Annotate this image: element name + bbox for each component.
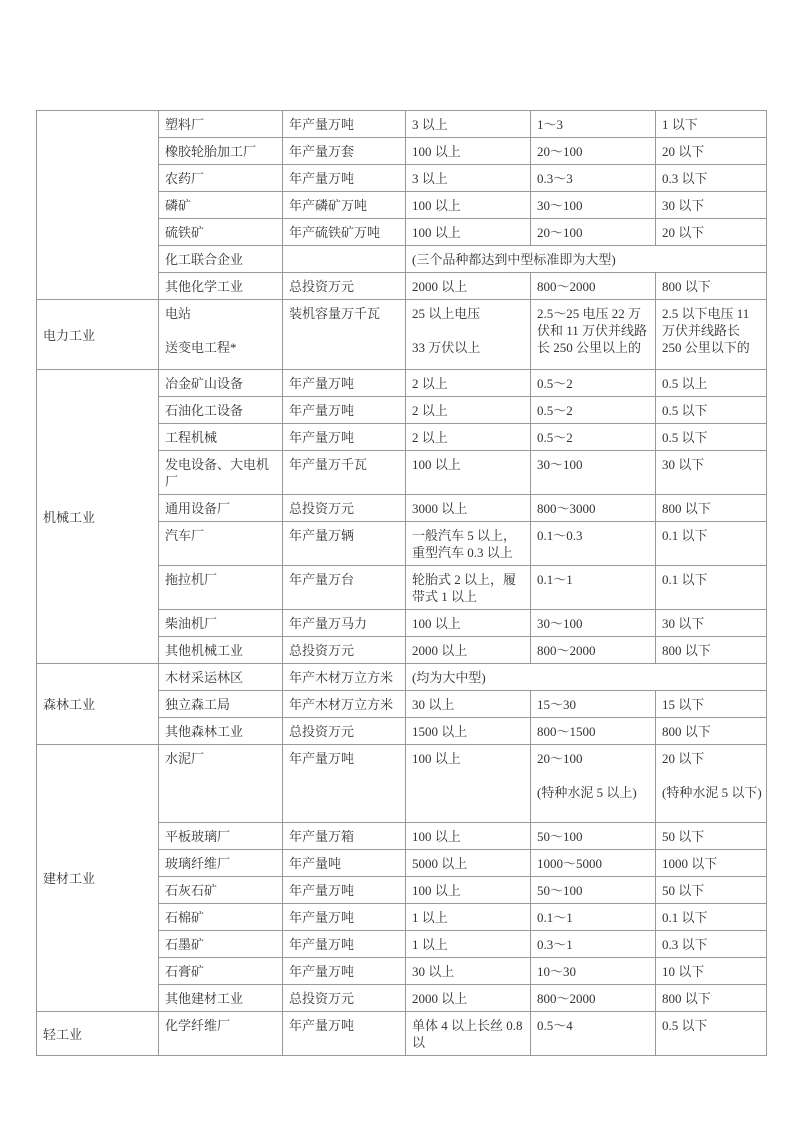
unit-cell: 总投资万元 bbox=[283, 637, 406, 664]
unit-cell: 年产量万吨 bbox=[283, 931, 406, 958]
medium-threshold-cell: 30～100 bbox=[531, 610, 656, 637]
unit-cell: 年产木材万立方米 bbox=[283, 664, 406, 691]
large-threshold-cell: 100 以上 bbox=[406, 192, 531, 219]
small-threshold-cell: 0.3 以下 bbox=[656, 931, 767, 958]
factory-cell: 玻璃纤维厂 bbox=[159, 850, 283, 877]
factory-cell: 石膏矿 bbox=[159, 958, 283, 985]
medium-threshold-cell: 0.1～1 bbox=[531, 566, 656, 610]
small-threshold-cell: 800 以下 bbox=[656, 718, 767, 745]
large-threshold-cell: 30 以上 bbox=[406, 958, 531, 985]
large-threshold-cell: 2 以上 bbox=[406, 424, 531, 451]
small-threshold-cell: 0.5 以下 bbox=[656, 1012, 767, 1056]
table-row: 电力工业电站 送变电工程*装机容量万千瓦25 以上电压 33 万伏以上2.5～2… bbox=[37, 300, 767, 370]
large-threshold-cell: 2 以上 bbox=[406, 397, 531, 424]
medium-threshold-cell: 50～100 bbox=[531, 877, 656, 904]
factory-cell: 通用设备厂 bbox=[159, 495, 283, 522]
large-threshold-cell: 一般汽车 5 以上，重型汽车 0.3 以上 bbox=[406, 522, 531, 566]
merged-note-cell: (均为大中型) bbox=[406, 664, 767, 691]
large-threshold-cell: 轮胎式 2 以上，履带式 1 以上 bbox=[406, 566, 531, 610]
unit-cell: 年产量万吨 bbox=[283, 958, 406, 985]
unit-cell: 年产磷矿万吨 bbox=[283, 192, 406, 219]
medium-threshold-cell: 800～3000 bbox=[531, 495, 656, 522]
large-threshold-cell: 2000 以上 bbox=[406, 637, 531, 664]
unit-cell: 总投资万元 bbox=[283, 718, 406, 745]
small-threshold-cell: 30 以下 bbox=[656, 451, 767, 495]
large-threshold-cell: 2 以上 bbox=[406, 370, 531, 397]
factory-cell: 水泥厂 bbox=[159, 745, 283, 823]
large-threshold-cell: 3000 以上 bbox=[406, 495, 531, 522]
document-page: 塑料厂年产量万吨3 以上1～31 以下橡胶轮胎加工厂年产量万套100 以上20～… bbox=[0, 0, 800, 1132]
small-threshold-cell: 800 以下 bbox=[656, 637, 767, 664]
factory-cell: 其他机械工业 bbox=[159, 637, 283, 664]
factory-cell: 硫铁矿 bbox=[159, 219, 283, 246]
unit-cell: 年产量万箱 bbox=[283, 823, 406, 850]
small-threshold-cell: 0.1 以下 bbox=[656, 522, 767, 566]
small-threshold-cell: 800 以下 bbox=[656, 495, 767, 522]
large-threshold-cell: 30 以上 bbox=[406, 691, 531, 718]
medium-threshold-cell: 800～2000 bbox=[531, 985, 656, 1012]
unit-cell: 年产量万吨 bbox=[283, 877, 406, 904]
large-threshold-cell: 1 以上 bbox=[406, 904, 531, 931]
unit-cell: 总投资万元 bbox=[283, 985, 406, 1012]
large-threshold-cell: 100 以上 bbox=[406, 138, 531, 165]
small-threshold-cell: 1000 以下 bbox=[656, 850, 767, 877]
large-threshold-cell: 1500 以上 bbox=[406, 718, 531, 745]
medium-threshold-cell: 0.1～0.3 bbox=[531, 522, 656, 566]
table-row: 建材工业水泥厂年产量万吨100 以上20～100 (特种水泥 5 以上)20 以… bbox=[37, 745, 767, 823]
unit-cell: 年产量万吨 bbox=[283, 370, 406, 397]
unit-cell: 年产量万吨 bbox=[283, 165, 406, 192]
industry-cell: 建材工业 bbox=[37, 745, 159, 1012]
standards-table-body: 塑料厂年产量万吨3 以上1～31 以下橡胶轮胎加工厂年产量万套100 以上20～… bbox=[37, 111, 767, 1056]
unit-cell: 年产量万吨 bbox=[283, 424, 406, 451]
small-threshold-cell: 0.3 以下 bbox=[656, 165, 767, 192]
factory-cell: 电站 送变电工程* bbox=[159, 300, 283, 370]
industry-cell: 轻工业 bbox=[37, 1012, 159, 1056]
medium-threshold-cell: 0.5～2 bbox=[531, 397, 656, 424]
large-threshold-cell: 2000 以上 bbox=[406, 273, 531, 300]
medium-threshold-cell: 0.5～2 bbox=[531, 424, 656, 451]
factory-cell: 其他森林工业 bbox=[159, 718, 283, 745]
factory-cell: 其他化学工业 bbox=[159, 273, 283, 300]
medium-threshold-cell: 800～2000 bbox=[531, 273, 656, 300]
small-threshold-cell: 20 以下 bbox=[656, 138, 767, 165]
factory-cell: 塑料厂 bbox=[159, 111, 283, 138]
factory-cell: 拖拉机厂 bbox=[159, 566, 283, 610]
industry-cell: 森林工业 bbox=[37, 664, 159, 745]
small-threshold-cell: 0.5 以上 bbox=[656, 370, 767, 397]
unit-cell: 年产量吨 bbox=[283, 850, 406, 877]
factory-cell: 木材采运林区 bbox=[159, 664, 283, 691]
unit-cell: 年产量万马力 bbox=[283, 610, 406, 637]
factory-cell: 平板玻璃厂 bbox=[159, 823, 283, 850]
factory-cell: 工程机械 bbox=[159, 424, 283, 451]
large-threshold-cell: 25 以上电压 33 万伏以上 bbox=[406, 300, 531, 370]
small-threshold-cell: 0.1 以下 bbox=[656, 566, 767, 610]
large-threshold-cell: 100 以上 bbox=[406, 877, 531, 904]
enterprise-scale-standards-table: 塑料厂年产量万吨3 以上1～31 以下橡胶轮胎加工厂年产量万套100 以上20～… bbox=[36, 110, 767, 1056]
medium-threshold-cell: 0.1～1 bbox=[531, 904, 656, 931]
unit-cell: 总投资万元 bbox=[283, 495, 406, 522]
unit-cell: 总投资万元 bbox=[283, 273, 406, 300]
medium-threshold-cell: 20～100 bbox=[531, 138, 656, 165]
large-threshold-cell: 100 以上 bbox=[406, 610, 531, 637]
table-row: 轻工业化学纤维厂年产量万吨单体 4 以上长丝 0.8 以0.5～40.5 以下 bbox=[37, 1012, 767, 1056]
medium-threshold-cell: 15～30 bbox=[531, 691, 656, 718]
small-threshold-cell: 2.5 以下电压 11 万伏并线路长 250 公里以下的 bbox=[656, 300, 767, 370]
factory-cell: 化工联合企业 bbox=[159, 246, 283, 273]
medium-threshold-cell: 30～100 bbox=[531, 192, 656, 219]
large-threshold-cell: 100 以上 bbox=[406, 451, 531, 495]
factory-cell: 磷矿 bbox=[159, 192, 283, 219]
medium-threshold-cell: 0.3～3 bbox=[531, 165, 656, 192]
factory-cell: 其他建材工业 bbox=[159, 985, 283, 1012]
unit-cell: 年产量万千瓦 bbox=[283, 451, 406, 495]
merged-note-cell: (三个品种都达到中型标准即为大型) bbox=[406, 246, 767, 273]
factory-cell: 农药厂 bbox=[159, 165, 283, 192]
medium-threshold-cell: 20～100 bbox=[531, 219, 656, 246]
medium-threshold-cell: 10～30 bbox=[531, 958, 656, 985]
industry-cell: 机械工业 bbox=[37, 370, 159, 664]
unit-cell: 年产量万吨 bbox=[283, 904, 406, 931]
small-threshold-cell: 800 以下 bbox=[656, 985, 767, 1012]
small-threshold-cell: 30 以下 bbox=[656, 610, 767, 637]
medium-threshold-cell: 2.5～25 电压 22 万伏和 11 万伏并线路长 250 公里以上的 bbox=[531, 300, 656, 370]
table-row: 塑料厂年产量万吨3 以上1～31 以下 bbox=[37, 111, 767, 138]
large-threshold-cell: 100 以上 bbox=[406, 745, 531, 823]
small-threshold-cell: 50 以下 bbox=[656, 877, 767, 904]
unit-cell: 年产量万辆 bbox=[283, 522, 406, 566]
factory-cell: 柴油机厂 bbox=[159, 610, 283, 637]
medium-threshold-cell: 800～2000 bbox=[531, 637, 656, 664]
small-threshold-cell: 15 以下 bbox=[656, 691, 767, 718]
unit-cell bbox=[283, 246, 406, 273]
factory-cell: 发电设备、大电机厂 bbox=[159, 451, 283, 495]
unit-cell: 装机容量万千瓦 bbox=[283, 300, 406, 370]
unit-cell: 年产量万吨 bbox=[283, 745, 406, 823]
medium-threshold-cell: 800～1500 bbox=[531, 718, 656, 745]
industry-cell: 电力工业 bbox=[37, 300, 159, 370]
factory-cell: 汽车厂 bbox=[159, 522, 283, 566]
medium-threshold-cell: 1～3 bbox=[531, 111, 656, 138]
unit-cell: 年产硫铁矿万吨 bbox=[283, 219, 406, 246]
factory-cell: 石棉矿 bbox=[159, 904, 283, 931]
large-threshold-cell: 100 以上 bbox=[406, 219, 531, 246]
unit-cell: 年产量万吨 bbox=[283, 1012, 406, 1056]
medium-threshold-cell: 0.5～2 bbox=[531, 370, 656, 397]
small-threshold-cell: 0.1 以下 bbox=[656, 904, 767, 931]
large-threshold-cell: 1 以上 bbox=[406, 931, 531, 958]
large-threshold-cell: 100 以上 bbox=[406, 823, 531, 850]
industry-cell bbox=[37, 111, 159, 300]
factory-cell: 独立森工局 bbox=[159, 691, 283, 718]
small-threshold-cell: 0.5 以下 bbox=[656, 397, 767, 424]
medium-threshold-cell: 20～100 (特种水泥 5 以上) bbox=[531, 745, 656, 823]
factory-cell: 橡胶轮胎加工厂 bbox=[159, 138, 283, 165]
small-threshold-cell: 800 以下 bbox=[656, 273, 767, 300]
unit-cell: 年产量万套 bbox=[283, 138, 406, 165]
unit-cell: 年产量万吨 bbox=[283, 397, 406, 424]
large-threshold-cell: 5000 以上 bbox=[406, 850, 531, 877]
small-threshold-cell: 0.5 以下 bbox=[656, 424, 767, 451]
medium-threshold-cell: 0.5～4 bbox=[531, 1012, 656, 1056]
table-row: 机械工业冶金矿山设备年产量万吨2 以上0.5～20.5 以上 bbox=[37, 370, 767, 397]
factory-cell: 石油化工设备 bbox=[159, 397, 283, 424]
factory-cell: 冶金矿山设备 bbox=[159, 370, 283, 397]
factory-cell: 石灰石矿 bbox=[159, 877, 283, 904]
unit-cell: 年产量万吨 bbox=[283, 111, 406, 138]
small-threshold-cell: 20 以下 (特种水泥 5 以下) bbox=[656, 745, 767, 823]
large-threshold-cell: 2000 以上 bbox=[406, 985, 531, 1012]
medium-threshold-cell: 0.3～1 bbox=[531, 931, 656, 958]
small-threshold-cell: 10 以下 bbox=[656, 958, 767, 985]
large-threshold-cell: 3 以上 bbox=[406, 165, 531, 192]
small-threshold-cell: 1 以下 bbox=[656, 111, 767, 138]
factory-cell: 化学纤维厂 bbox=[159, 1012, 283, 1056]
large-threshold-cell: 3 以上 bbox=[406, 111, 531, 138]
unit-cell: 年产量万台 bbox=[283, 566, 406, 610]
unit-cell: 年产木材万立方米 bbox=[283, 691, 406, 718]
small-threshold-cell: 20 以下 bbox=[656, 219, 767, 246]
medium-threshold-cell: 50～100 bbox=[531, 823, 656, 850]
medium-threshold-cell: 1000～5000 bbox=[531, 850, 656, 877]
small-threshold-cell: 30 以下 bbox=[656, 192, 767, 219]
table-row: 森林工业木材采运林区年产木材万立方米(均为大中型) bbox=[37, 664, 767, 691]
large-threshold-cell: 单体 4 以上长丝 0.8 以 bbox=[406, 1012, 531, 1056]
small-threshold-cell: 50 以下 bbox=[656, 823, 767, 850]
medium-threshold-cell: 30～100 bbox=[531, 451, 656, 495]
factory-cell: 石墨矿 bbox=[159, 931, 283, 958]
